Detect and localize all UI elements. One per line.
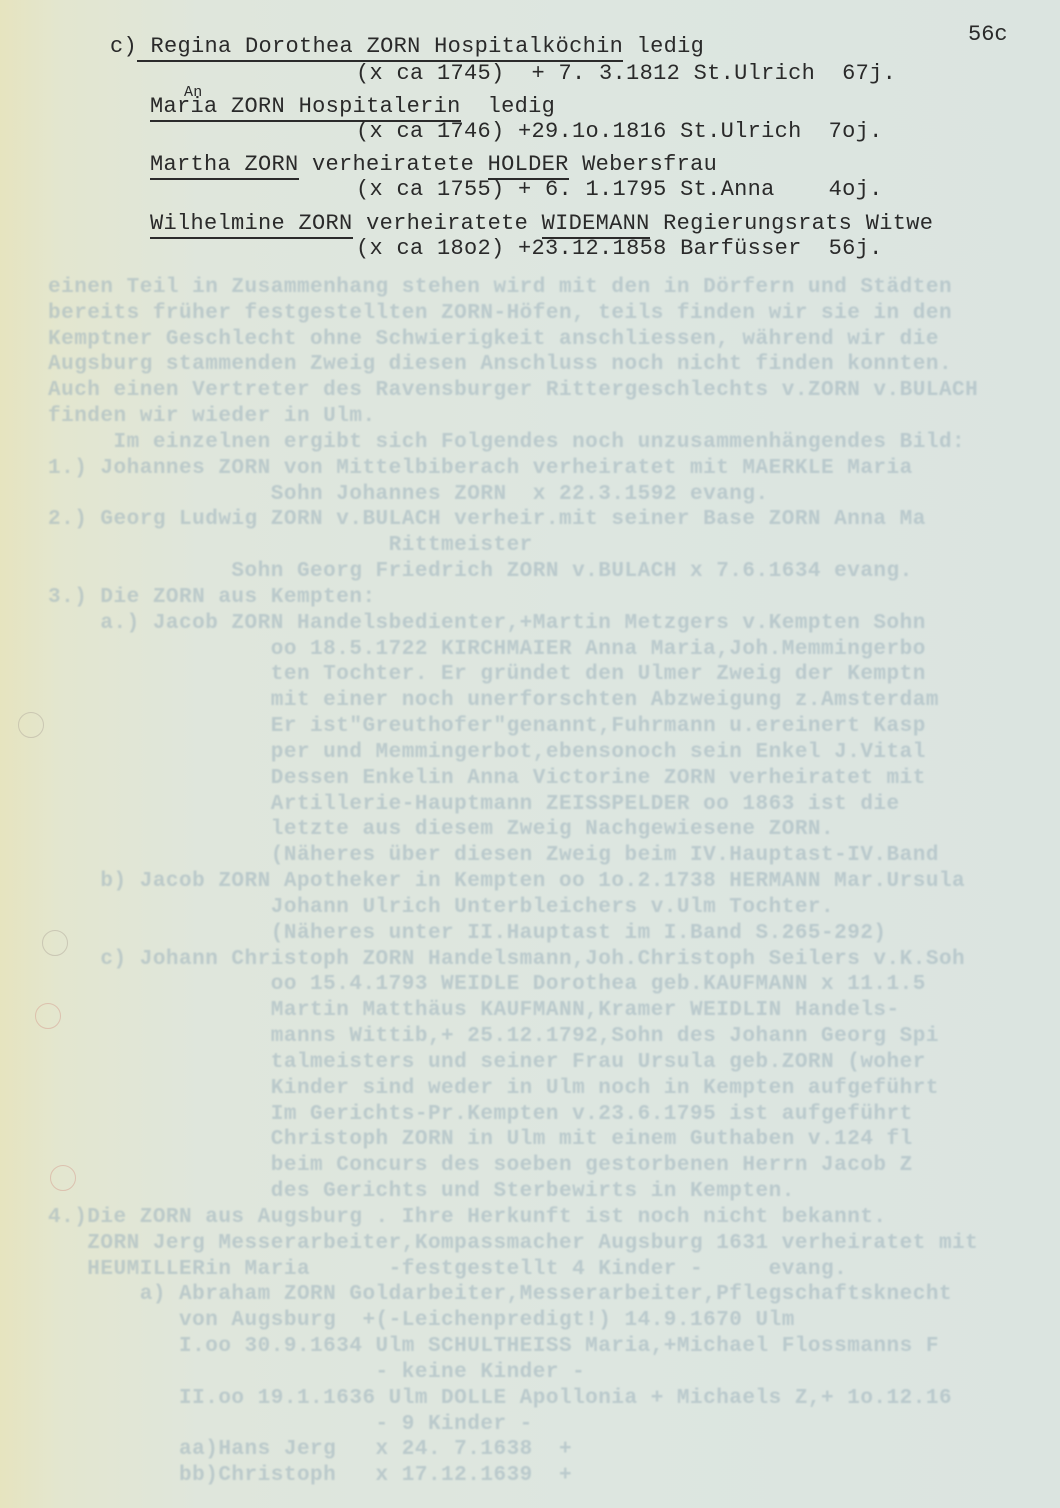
bleed-line: Sohn Johannes ZORN x 22.3.1592 evang. bbox=[48, 483, 769, 506]
bleed-line: Im einzelnen ergibt sich Folgendes noch … bbox=[48, 431, 965, 454]
document-page: einen Teil in Zusammenhang stehen wird m… bbox=[0, 0, 1060, 1508]
entry-death: + 7. 3.1812 bbox=[532, 61, 681, 86]
entry-spouse: WIDEMANN bbox=[542, 211, 650, 239]
bleed-line: mit einer noch unerforschten Abzweigung … bbox=[48, 689, 939, 712]
entry-name: Regina Dorothea ZORN bbox=[151, 34, 421, 59]
entry-age: 67j. bbox=[842, 61, 896, 86]
entry-age: 56j. bbox=[829, 236, 883, 261]
bleed-line: ten Tochter. Er gründet den Ulmer Zweig … bbox=[48, 663, 926, 686]
entries: c) Regina Dorothea ZORN Hospitalköchin l… bbox=[0, 0, 53, 425]
entry-occupation: Hospitalerin bbox=[299, 94, 461, 119]
bleed-line: - keine Kinder - bbox=[48, 1361, 585, 1384]
bleed-line: des Gerichts und Sterbewirts in Kempten. bbox=[48, 1180, 795, 1203]
entry-occupation: Regierungsrats Witwe bbox=[663, 211, 933, 236]
entry-death: +23.12.1858 bbox=[518, 236, 667, 261]
bleed-line: Kemptner Geschlecht ohne Schwierigkeit a… bbox=[48, 328, 939, 351]
bleed-line: (Näheres über diesen Zweig beim IV.Haupt… bbox=[48, 844, 939, 867]
bleed-line: 1.) Johannes ZORN von Mittelbiberach ver… bbox=[48, 457, 913, 480]
entry-name: Wilhelmine ZORN bbox=[150, 211, 353, 239]
bleed-line: letzte aus diesem Zweig Nachgewiesene ZO… bbox=[48, 818, 834, 841]
entry-name: Martha ZORN bbox=[150, 152, 299, 180]
entry-2-line-2: (x ca 1746) +29.1o.1816 St.Ulrich 7oj. bbox=[356, 119, 883, 144]
entry-3-line-1: Martha ZORN verheiratete HOLDER Webersfr… bbox=[150, 152, 717, 177]
bleed-line: Er ist"Greuthofer"genannt,Fuhrmann u.ere… bbox=[48, 715, 926, 738]
bleed-line: talmeisters und seiner Frau Ursula geb.Z… bbox=[48, 1051, 926, 1074]
bleed-line: a.) Jacob ZORN Handelsbedienter,+Martin … bbox=[48, 612, 926, 635]
entry-birth: (x ca 1755) bbox=[356, 177, 505, 202]
bleed-line: II.oo 19.1.1636 Ulm DOLLE Apollonia + Mi… bbox=[48, 1387, 952, 1410]
bleed-line: bereits früher festgestellten ZORN-Höfen… bbox=[48, 302, 952, 325]
bleed-line: finden wir wieder in Ulm. bbox=[48, 405, 376, 428]
bleed-line: Auch einen Vertreter des Ravensburger Ri… bbox=[48, 379, 978, 402]
bleed-line: Christoph ZORN in Ulm mit einem Guthaben… bbox=[48, 1128, 913, 1151]
entry-status: ledig bbox=[637, 34, 705, 59]
entry-1-line-1: c) Regina Dorothea ZORN Hospitalköchin l… bbox=[110, 34, 704, 59]
entry-name-insert: An bbox=[184, 84, 203, 101]
bleed-line: Dessen Enkelin Anna Victorine ZORN verhe… bbox=[48, 767, 926, 790]
bleed-line: Rittmeister bbox=[48, 534, 533, 557]
entry-1-line-2: (x ca 1745) + 7. 3.1812 St.Ulrich 67j. bbox=[356, 61, 896, 86]
bleed-line: aa)Hans Jerg x 24. 7.1638 + bbox=[48, 1438, 572, 1461]
bleed-line: einen Teil in Zusammenhang stehen wird m… bbox=[48, 276, 952, 299]
bleed-line: per und Memmingerbot,ebensonoch sein Enk… bbox=[48, 741, 926, 764]
entry-age: 4oj. bbox=[829, 177, 883, 202]
bleed-line: (Näheres unter II.Hauptast im I.Band S.2… bbox=[48, 922, 887, 945]
entry-relation: verheiratete bbox=[312, 152, 474, 177]
entry-church: St.Ulrich bbox=[694, 61, 816, 86]
bleed-line: oo 15.4.1793 WEIDLE Dorothea geb.KAUFMAN… bbox=[48, 973, 926, 996]
entry-name-underlined: Regina Dorothea ZORN Hospitalköchin bbox=[137, 34, 623, 62]
margin-stamp bbox=[42, 930, 68, 956]
page-number: 56c bbox=[968, 22, 1008, 47]
margin-stamp bbox=[35, 1003, 61, 1029]
margin-stamp bbox=[18, 712, 44, 738]
bleed-line: Johann Ulrich Unterbleichers v.Ulm Tocht… bbox=[48, 896, 834, 919]
bleed-line: ZORN Jerg Messerarbeiter,Kompassmacher A… bbox=[48, 1232, 978, 1255]
entry-4-line-2: (x ca 18o2) +23.12.1858 Barfüsser 56j. bbox=[356, 236, 883, 261]
bleed-line: beim Concurs des soeben gestorbenen Herr… bbox=[48, 1154, 913, 1177]
bleed-line: I.oo 30.9.1634 Ulm SCHULTHEISS Maria,+Mi… bbox=[48, 1335, 939, 1358]
bleed-line: 2.) Georg Ludwig ZORN v.BULACH verheir.m… bbox=[48, 508, 926, 531]
bleed-line: 3.) Die ZORN aus Kempten: bbox=[48, 586, 376, 609]
entry-4-line-1: Wilhelmine ZORN verheiratete WIDEMANN Re… bbox=[150, 211, 933, 236]
entry-relation: verheiratete bbox=[366, 211, 528, 236]
entry-2-line-1: MariaAn ZORN Hospitalerin ledig bbox=[150, 94, 555, 119]
entry-birth: (x ca 1746) bbox=[356, 119, 505, 144]
entry-occupation: Hospitalköchin bbox=[434, 34, 623, 59]
bleed-line: bb)Christoph x 17.12.1639 + bbox=[48, 1464, 572, 1487]
bleed-line: Kinder sind weder in Ulm noch in Kempten… bbox=[48, 1077, 939, 1100]
bleed-line: b) Jacob ZORN Apotheker in Kempten oo 1o… bbox=[48, 870, 965, 893]
bleed-line: Im Gerichts-Pr.Kempten v.23.6.1795 ist a… bbox=[48, 1103, 913, 1126]
entry-name: ZORN bbox=[231, 94, 285, 119]
bleed-line: oo 18.5.1722 KIRCHMAIER Anna Maria,Joh.M… bbox=[48, 638, 926, 661]
bleed-line: manns Wittib,+ 25.12.1792,Sohn des Johan… bbox=[48, 1025, 939, 1048]
bleed-line: Artillerie-Hauptmann ZEISSPELDER oo 1863… bbox=[48, 793, 900, 816]
bleed-line: Sohn Georg Friedrich ZORN v.BULACH x 7.6… bbox=[48, 560, 913, 583]
bleed-line: Martin Matthäus KAUFMANN,Kramer WEIDLIN … bbox=[48, 999, 900, 1022]
bleed-line: von Augsburg +(-Leichenpredigt!) 14.9.16… bbox=[48, 1309, 795, 1332]
bleed-line: a) Abraham ZORN Goldarbeiter,Messerarbei… bbox=[48, 1283, 952, 1306]
entry-label: c) bbox=[110, 34, 137, 59]
entry-name-underlined: MariaAn ZORN Hospitalerin bbox=[150, 94, 461, 122]
entry-birth: (x ca 18o2) bbox=[356, 236, 505, 261]
entry-occupation: Webersfrau bbox=[582, 152, 717, 177]
entry-death: +29.1o.1816 bbox=[518, 119, 667, 144]
bleed-line: HEUMILLERin Maria -festgestellt 4 Kinder… bbox=[48, 1258, 847, 1281]
entry-death: + 6. 1.1795 bbox=[518, 177, 667, 202]
margin-stamp bbox=[50, 1165, 76, 1191]
entry-church: St.Ulrich bbox=[680, 119, 802, 144]
entry-3-line-2: (x ca 1755) + 6. 1.1795 St.Anna 4oj. bbox=[356, 177, 883, 202]
bleed-line: Augsburg stammenden Zweig diesen Anschlu… bbox=[48, 353, 952, 376]
entry-spouse: HOLDER bbox=[488, 152, 569, 180]
bleed-line: 4.)Die ZORN aus Augsburg . Ihre Herkunft… bbox=[48, 1206, 887, 1229]
bleed-line: - 9 Kinder - bbox=[48, 1413, 533, 1436]
entry-church: St.Anna bbox=[680, 177, 775, 202]
entry-church: Barfüsser bbox=[680, 236, 802, 261]
entry-birth: (x ca 1745) bbox=[356, 61, 505, 86]
entry-age: 7oj. bbox=[829, 119, 883, 144]
entry-status: ledig bbox=[488, 94, 556, 119]
bleed-line: c) Johann Christoph ZORN Handelsmann,Joh… bbox=[48, 948, 965, 971]
